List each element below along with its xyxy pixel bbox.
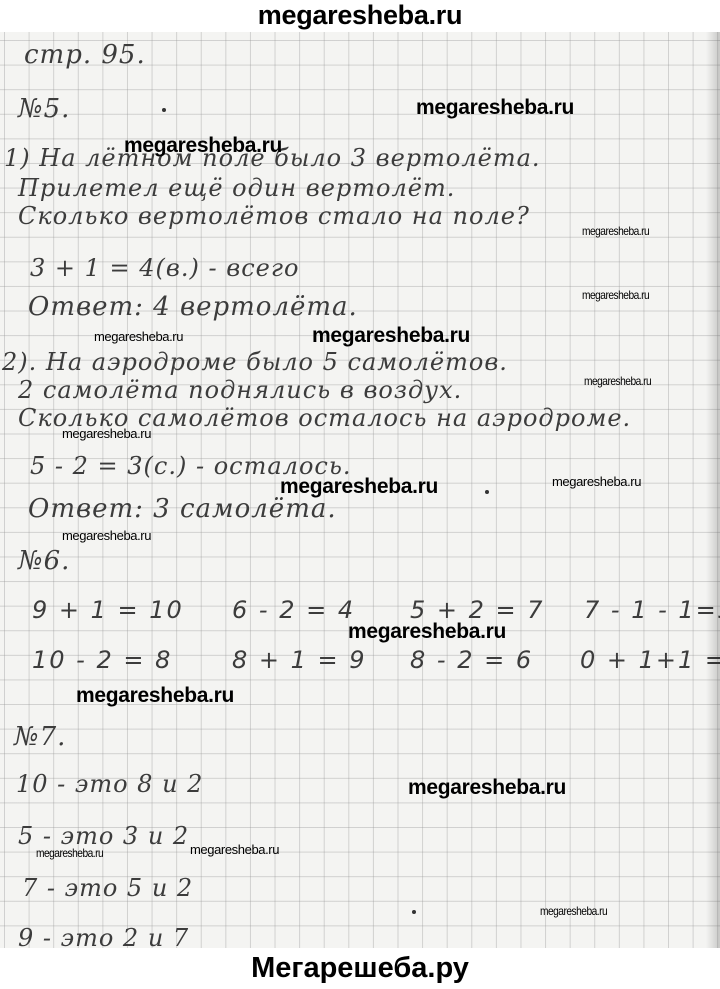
task5-problem2-line2: 2 самолёта поднялись в воздух. [18,376,462,404]
task7-number: №7. [14,722,66,752]
task6-expr-r1c4: 7 - 1 - 1=5 [584,596,720,624]
ink-dot [412,910,416,914]
task5-problem1-line2: Прилетел ещё один вертолёт. [18,174,455,202]
task7-line3: 7 - это 5 и 2 [22,874,193,902]
page-reference: стр. 95. [24,40,146,70]
watermark: megaresheba.ru [552,474,641,489]
ink-dot [485,490,489,494]
watermark: megaresheba.ru [36,846,103,860]
watermark: megaresheba.ru [76,684,234,708]
watermark: megaresheba.ru [312,324,470,348]
watermark: megaresheba.ru [348,620,506,644]
watermark: megaresheba.ru [582,288,649,302]
watermark: megaresheba.ru [416,96,574,120]
ink-dot [162,108,166,112]
site-banner-top: megaresheba.ru [0,0,720,32]
task5-problem1-answer: Ответ: 4 вертолёта. [28,292,358,322]
watermark: megaresheba.ru [62,426,151,441]
task6-expr-r2c1: 10 - 2 = 8 [32,646,172,674]
task6-expr-r2c4: 0 + 1+1 = 2 [580,646,720,674]
site-banner-bottom: Мегарешеба.ру [0,948,720,989]
notebook-page: стр. 95. №5. 1) На лётном поле было 3 ве… [0,32,720,948]
watermark: megaresheba.ru [62,528,151,543]
task6-expr-r1c1: 9 + 1 = 10 [32,596,184,624]
watermark: megaresheba.ru [280,475,438,499]
task7-line1: 10 - это 8 и 2 [16,770,203,798]
task6-expr-r2c3: 8 - 2 = 6 [410,646,533,674]
watermark: megaresheba.ru [540,904,607,918]
watermark: megaresheba.ru [190,842,279,857]
task5-number: №5. [18,94,70,124]
watermark: megaresheba.ru [124,134,282,158]
task6-expr-r2c2: 8 + 1 = 9 [232,646,367,674]
task5-problem2-line1: 2). На аэродроме было 5 самолётов. [2,348,508,376]
watermark: megaresheba.ru [94,329,183,344]
watermark: megaresheba.ru [584,374,651,388]
task7-line4: 9 - это 2 и 7 [18,924,189,948]
watermark: megaresheba.ru [408,776,566,800]
task5-problem1-solution: 3 + 1 = 4(в.) - всего [30,254,299,282]
task5-problem1-line3: Сколько вертолётов стало на поле? [18,202,530,230]
watermark: megaresheba.ru [582,224,649,238]
task6-expr-r1c2: 6 - 2 = 4 [232,596,355,624]
task6-number: №6. [18,546,70,576]
